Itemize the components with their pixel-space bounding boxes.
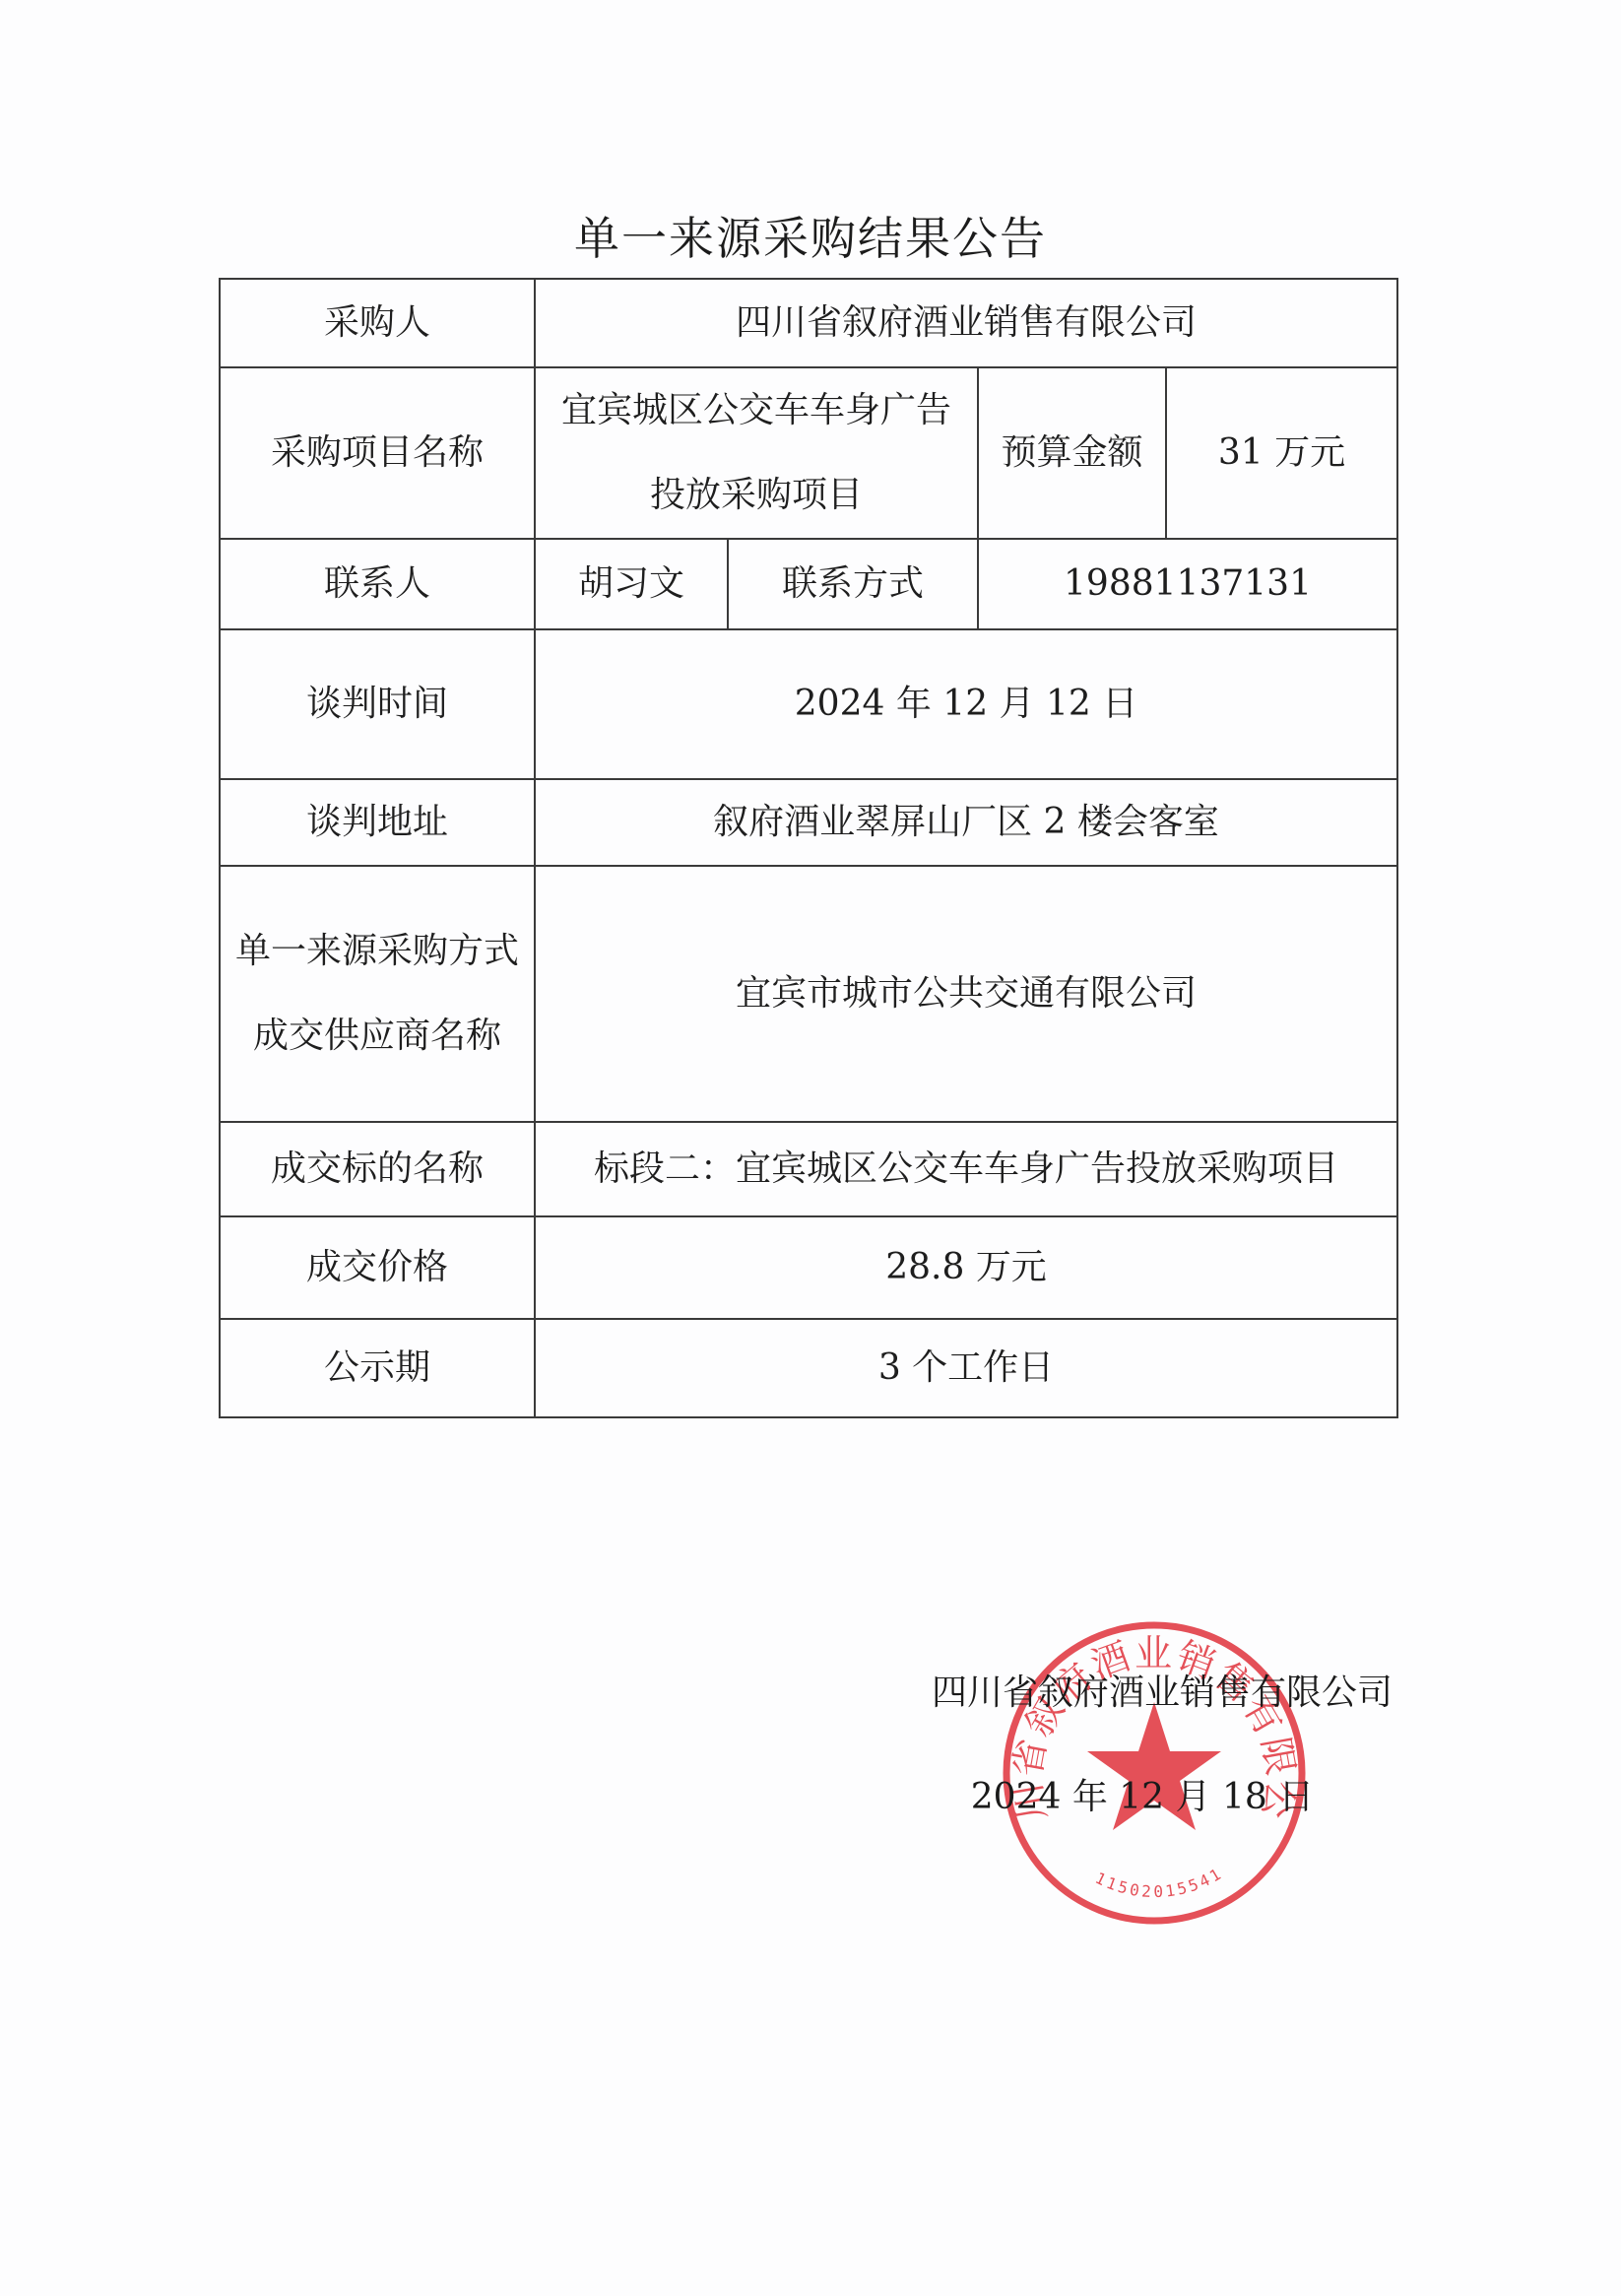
document-title: 单一来源采购结果公告 — [0, 203, 1621, 268]
project-name-line2: 投放采购项目 — [542, 453, 971, 538]
row-publicity-period: 公示期 3 个工作日 — [220, 1319, 1397, 1417]
signature-date: 2024 年 12 月 18 日 — [867, 1769, 1418, 1819]
negotiation-time-label: 谈判时间 — [220, 629, 535, 779]
deal-subject-value: 标段二：宜宾城区公交车车身广告投放采购项目 — [535, 1122, 1397, 1216]
supplier-label: 单一来源采购方式成交供应商名称 — [220, 866, 535, 1122]
project-name-label: 采购项目名称 — [220, 367, 535, 539]
purchaser-label: 采购人 — [220, 279, 535, 367]
negotiation-time-value: 2024 年 12 月 12 日 — [535, 629, 1397, 779]
project-name-value: 宜宾城区公交车车身广告 投放采购项目 — [535, 367, 978, 539]
deal-price-value: 28.8 万元 — [535, 1216, 1397, 1319]
negotiation-address-value: 叙府酒业翠屏山厂区 2 楼会客室 — [535, 779, 1397, 866]
budget-label: 预算金额 — [978, 367, 1166, 539]
supplier-value: 宜宾市城市公共交通有限公司 — [535, 866, 1397, 1122]
row-supplier: 单一来源采购方式成交供应商名称 宜宾市城市公共交通有限公司 — [220, 866, 1397, 1122]
row-negotiation-time: 谈判时间 2024 年 12 月 12 日 — [220, 629, 1397, 779]
contact-method-value: 19881137131 — [978, 539, 1397, 629]
negotiation-address-label: 谈判地址 — [220, 779, 535, 866]
row-contact: 联系人 胡习文 联系方式 19881137131 — [220, 539, 1397, 629]
contact-label: 联系人 — [220, 539, 535, 629]
row-purchaser: 采购人 四川省叙府酒业销售有限公司 — [220, 279, 1397, 367]
publicity-period-value: 3 个工作日 — [535, 1319, 1397, 1417]
purchaser-value: 四川省叙府酒业销售有限公司 — [535, 279, 1397, 367]
row-deal-price: 成交价格 28.8 万元 — [220, 1216, 1397, 1319]
project-name-line1: 宜宾城区公交车车身广告 — [542, 368, 971, 453]
row-negotiation-address: 谈判地址 叙府酒业翠屏山厂区 2 楼会客室 — [220, 779, 1397, 866]
signature-company: 四川省叙府酒业销售有限公司 — [886, 1665, 1438, 1715]
contact-method-label: 联系方式 — [728, 539, 978, 629]
deal-subject-label: 成交标的名称 — [220, 1122, 535, 1216]
deal-price-label: 成交价格 — [220, 1216, 535, 1319]
publicity-period-label: 公示期 — [220, 1319, 535, 1417]
budget-value: 31 万元 — [1166, 367, 1397, 539]
result-table: 采购人 四川省叙府酒业销售有限公司 采购项目名称 宜宾城区公交车车身广告 投放采… — [219, 278, 1398, 1418]
row-project: 采购项目名称 宜宾城区公交车车身广告 投放采购项目 预算金额 31 万元 — [220, 367, 1397, 539]
contact-value: 胡习文 — [535, 539, 728, 629]
row-deal-subject: 成交标的名称 标段二：宜宾城区公交车车身广告投放采购项目 — [220, 1122, 1397, 1216]
